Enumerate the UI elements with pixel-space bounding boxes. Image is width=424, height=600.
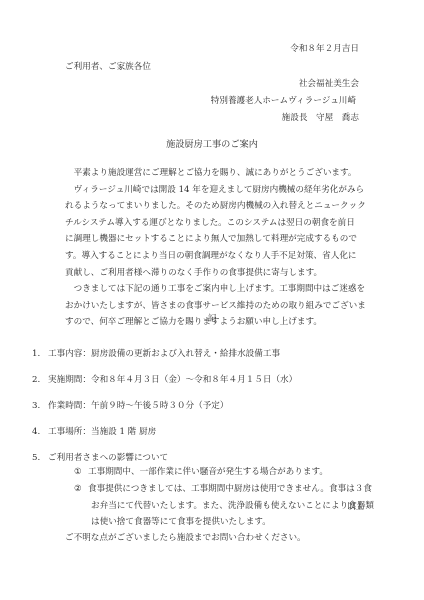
body-line: に調理し機器にセットすることにより無人で加熱して料理が完成するもので <box>65 231 365 248</box>
body-line: 平素より施設運営にご理解とご協力を賜り、誠にありがとうございます。 <box>65 165 365 182</box>
closing-text: ご不明な点がございましたら施設までお問い合わせください。 <box>65 531 306 543</box>
item-text: 工事場所：当施設 1 階 厨房 <box>48 427 156 437</box>
impact-text: 工事期間中、一部作業に伴い騒音が発生する場合があります。 <box>88 467 328 477</box>
item-text: 工事内容：厨房設備の更新および入れ替え・給排水設備工事 <box>48 349 280 359</box>
document-title: 施設厨房工事のご案内 <box>0 136 424 150</box>
item-number: 2. <box>32 375 48 385</box>
body-line: ヴィラージュ川崎では開設 14 年を迎えまして厨房内機械の経年劣化がみら <box>65 182 365 199</box>
ijo-closing-mark: 以上 <box>347 500 364 512</box>
item-number: 1. <box>32 349 48 359</box>
item-text: 作業時間：午前９時～午後５時３０分（予定） <box>48 401 228 411</box>
item-text: 実施期間：令和８年４月３日（金）～令和８年４月１５日（水） <box>48 375 297 385</box>
list-item: 3.作業時間：午前９時～午後５時３０分（予定） <box>32 399 228 411</box>
item-number: 3. <box>32 401 48 411</box>
director-name: 施設長 守屋 喬志 <box>282 111 359 123</box>
ki-heading: 記 <box>0 312 424 324</box>
list-item: 2.実施期間：令和８年４月３日（金）～令和８年４月１５日（水） <box>32 373 297 385</box>
circled-number: ② <box>74 481 88 498</box>
impact-item: ①工事期間中、一部作業に伴い騒音が発生する場合があります。 <box>91 464 328 481</box>
document-date: 令和８年２月吉日 <box>290 42 359 54</box>
circled-number: ① <box>74 464 88 481</box>
body-line: つきましては下記の通り工事をご案内申し上げます。工事期間中はご迷惑を <box>65 281 365 298</box>
addressee: ご利用者、ご家族各位 <box>65 60 151 72</box>
list-item: 5.ご利用者さまへの影響について <box>32 451 168 463</box>
impact-text: は使い捨て食器等にて食事を提供いたします。 <box>91 517 271 527</box>
body-line: 貢献し、ご利用者様へ滞りのなく手作りの食事提供に寄与します。 <box>65 265 365 282</box>
organization-name: 社会福祉美生会 <box>299 77 359 89</box>
body-text: 平素より施設運営にご理解とご協力を賜り、誠にありがとうございます。 ヴィラージュ… <box>65 165 365 331</box>
impact-text: 食事提供につきましては、工事期間中厨房は使用できません。食事は３食 <box>88 484 372 494</box>
item-number: 4. <box>32 427 48 437</box>
list-item: 4.工事場所：当施設 1 階 厨房 <box>32 425 156 437</box>
impact-text: お弁当にて代替いたします。また、洗浄設備も使えないことにより食器類 <box>91 501 374 511</box>
facility-name: 特別養護老人ホームヴィラージュ川崎 <box>211 94 356 106</box>
list-item: 1.工事内容：厨房設備の更新および入れ替え・給排水設備工事 <box>32 347 280 359</box>
item-text: ご利用者さまへの影響について <box>48 453 168 463</box>
body-line: チルシステム導入する運びとなりました。このシステムは翌日の朝食を前日 <box>65 215 365 232</box>
item-number: 5. <box>32 453 48 463</box>
body-line: れるようなってまいりました。そのため厨房内機械の入れ替えとニュークック <box>65 198 365 215</box>
body-line: す。導入することにより当日の朝食調理がなくなり人手不足対策、省人化に <box>65 248 365 265</box>
impact-item: ②食事提供につきましては、工事期間中厨房は使用できません。食事は３食 お弁当にて… <box>91 481 374 531</box>
